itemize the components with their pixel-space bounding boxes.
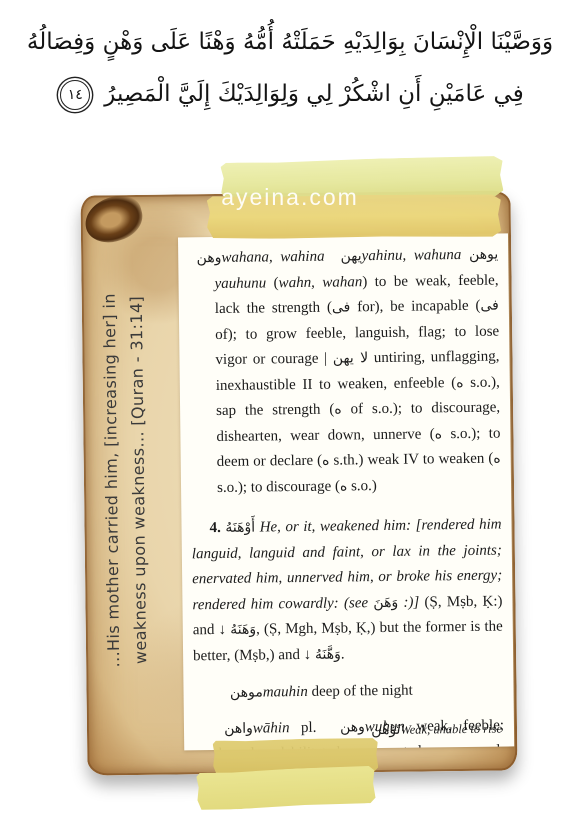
paper-card: ...His mother carried him, [increasing h… [80, 190, 517, 775]
quran-verse: وَوَصَّيْنَا الْإِنْسَانَ بِوَالِدَيْهِ … [0, 16, 580, 120]
handwritten-line-2: weakness upon weakness... [Quran - 31:14… [122, 243, 155, 717]
verse-line-1: وَوَصَّيْنَا الْإِنْسَانَ بِوَالِدَيْهِ … [0, 16, 580, 68]
verse-line-2: فِي عَامَيْنِ أَنِ اشْكُرْ لِي وَلِوَالِ… [0, 68, 580, 120]
hans-wehr-entry: وهن wahana, wahina يهن yahinu, wahuna يو… [188, 243, 501, 502]
handwritten-quote: ...His mother carried him, [increasing h… [95, 243, 155, 718]
dictionary-entries: وهن wahana, wahina يهن yahinu, wahuna يو… [188, 243, 505, 751]
page: { "verse": { "line1": "وَوَصَّيْنَا الْإ… [0, 0, 580, 820]
footnote-entry: تَوْهُن Weak, unable to rise [367, 720, 502, 740]
watermark-text: ayeina.com [0, 184, 580, 211]
mauhin-entry: موهن mauhin deep of the night [193, 678, 503, 707]
lanes-lexicon-entry: 4. أَوْهَنَهُ He, or it, weakened him: [… [191, 513, 503, 670]
dictionary-panel: وهن wahana, wahina يهن yahinu, wahuna يو… [178, 233, 514, 750]
ayah-number-medallion: ١٤ [60, 80, 90, 110]
ayah-number: ١٤ [68, 88, 83, 102]
verse-line-2-text: فِي عَامَيْنِ أَنِ اشْكُرْ لِي وَلِوَالِ… [104, 81, 523, 107]
